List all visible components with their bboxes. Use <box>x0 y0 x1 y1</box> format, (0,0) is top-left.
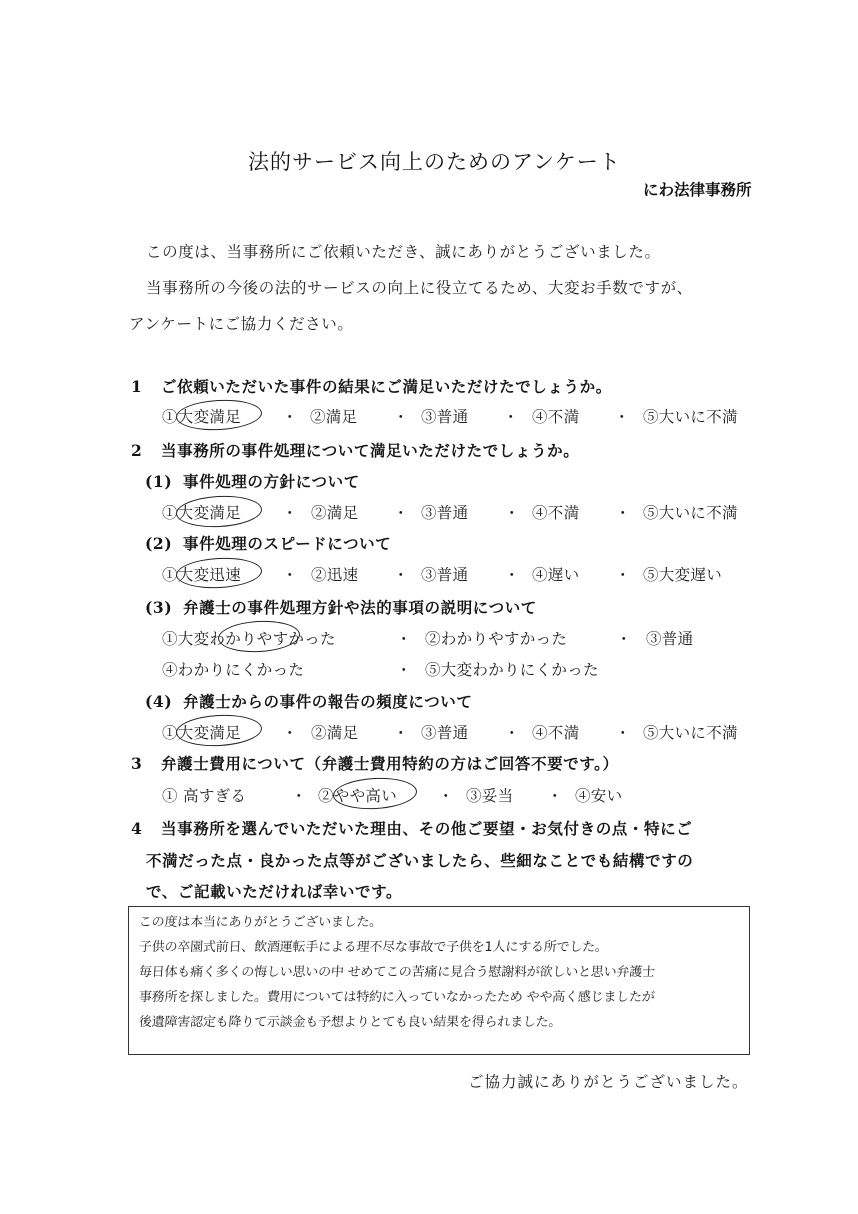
option-2[interactable]: ②満足 <box>311 501 358 523</box>
handwritten-line-5: 後遺障害認定も降りて示談金も予想よりとても良い結果を得られました。 <box>138 1011 562 1030</box>
sub-question-number: (4) <box>145 692 183 711</box>
separator: ・ <box>504 501 520 523</box>
option-4[interactable]: ④不満 <box>532 501 579 523</box>
question-2-1: (1)事件処理の方針について <box>145 470 360 492</box>
question-4-line-2: 不満だった点・良かった点等がございましたら、些細なことでも結構ですの <box>146 849 693 871</box>
separator: ・ <box>396 658 412 680</box>
sub-question-text: 弁護士からの事件の報告の頻度について <box>183 692 473 711</box>
selection-circle <box>175 556 262 590</box>
separator: ・ <box>615 721 631 743</box>
separator: ・ <box>438 784 454 806</box>
handwritten-line-2: 子供の卒園式前日、飲酒運転手による理不尽な事故で子供を1人にする所でした。 <box>138 936 608 955</box>
option-3[interactable]: ③普通 <box>421 501 468 523</box>
question-1: 1ご依頼いただいた事件の結果にご満足いただけたでしょうか。 <box>131 375 612 397</box>
separator: ・ <box>615 501 631 523</box>
separator: ・ <box>393 405 409 427</box>
question-text: 弁護士費用について（弁護士費用特約の方はご回答不要です。） <box>161 754 619 773</box>
option-3[interactable]: ③普通 <box>646 627 693 649</box>
option-3[interactable]: ③普通 <box>421 721 468 743</box>
question-2: 2当事務所の事件処理について満足いただけたでしょうか。 <box>131 439 579 461</box>
sub-question-text: 弁護士の事件処理方針や法的事項の説明について <box>183 598 537 617</box>
intro-line-2: 当事務所の今後の法的サービスの向上に役立てるため、大変お手数ですが、 <box>146 276 693 298</box>
free-comment-box[interactable]: この度は本当にありがとうございました。 子供の卒園式前日、飲酒運転手による理不尽… <box>128 906 750 1055</box>
option-4[interactable]: ④不満 <box>532 405 579 427</box>
selection-circle <box>175 398 262 432</box>
question-text-line-1: 当事務所を選んでいただいた理由、その他ご要望・お気付きの点・特にご <box>161 819 692 838</box>
separator: ・ <box>282 721 298 743</box>
question-2-3: (3)弁護士の事件処理方針や法的事項の説明について <box>145 596 537 618</box>
separator: ・ <box>504 563 520 585</box>
option-4[interactable]: ④不満 <box>532 721 579 743</box>
handwritten-line-4: 事務所を探しました。費用については特約に入っていなかったため やや高く感じました… <box>138 986 655 1005</box>
question-text: ご依頼いただいた事件の結果にご満足いただけたでしょうか。 <box>161 377 612 396</box>
sub-question-number: (3) <box>145 598 183 617</box>
closing-thanks: ご協力誠にありがとうございました。 <box>468 1070 749 1092</box>
separator: ・ <box>282 563 298 585</box>
option-4[interactable]: ④遅い <box>532 563 579 585</box>
option-1[interactable]: ① 高すぎる <box>162 784 246 806</box>
question-number: 3 <box>131 754 161 773</box>
question-number: 4 <box>131 819 161 838</box>
handwritten-line-3: 毎日体も痛く多くの悔しい思いの中 せめてこの苦痛に見合う慰謝料が欲しいと思い弁護… <box>138 961 655 980</box>
separator: ・ <box>616 627 632 649</box>
separator: ・ <box>614 405 630 427</box>
survey-title: 法的サービス向上のためのアンケート <box>248 146 621 176</box>
separator: ・ <box>282 501 298 523</box>
separator: ・ <box>291 784 307 806</box>
option-2[interactable]: ②迅速 <box>311 563 358 585</box>
sub-question-text: 事件処理の方針について <box>183 472 360 491</box>
question-2-2: (2)事件処理のスピードについて <box>145 532 391 554</box>
option-4[interactable]: ④わかりにくかった <box>162 658 304 680</box>
question-3: 3弁護士費用について（弁護士費用特約の方はご回答不要です。） <box>131 752 619 774</box>
option-5[interactable]: ⑤大いに不満 <box>643 405 738 427</box>
separator: ・ <box>503 405 519 427</box>
law-firm-name: にわ法律事務所 <box>643 178 752 200</box>
selection-circle <box>332 776 418 811</box>
option-3[interactable]: ③妥当 <box>466 784 513 806</box>
intro-line-3: アンケートにご協力ください。 <box>129 312 353 334</box>
option-5[interactable]: ⑤大変わかりにくかった <box>425 658 599 680</box>
sub-question-number: (1) <box>145 472 183 491</box>
question-2-4: (4)弁護士からの事件の報告の頻度について <box>145 690 473 712</box>
question-4-line-3: で、ご記載いただければ幸いです。 <box>146 880 402 902</box>
intro-line-1: この度は、当事務所にご依頼いただき、誠にありがとうございました。 <box>146 240 661 262</box>
separator: ・ <box>282 405 298 427</box>
option-2[interactable]: ②満足 <box>310 405 357 427</box>
handwritten-line-1: この度は本当にありがとうございました。 <box>138 911 383 930</box>
question-4: 4当事務所を選んでいただいた理由、その他ご要望・お気付きの点・特にご <box>131 817 692 839</box>
option-4[interactable]: ④安い <box>575 784 622 806</box>
option-3[interactable]: ③普通 <box>421 563 468 585</box>
option-2[interactable]: ②満足 <box>311 721 358 743</box>
question-text: 当事務所の事件処理について満足いただけたでしょうか。 <box>161 441 579 460</box>
selection-circle <box>175 494 263 529</box>
sub-question-text: 事件処理のスピードについて <box>183 534 391 553</box>
separator: ・ <box>615 563 631 585</box>
selection-circle <box>175 713 263 748</box>
separator: ・ <box>547 784 563 806</box>
option-5[interactable]: ⑤大いに不満 <box>643 501 738 523</box>
option-2[interactable]: ②わかりやすかった <box>425 627 567 649</box>
separator: ・ <box>393 501 409 523</box>
question-number: 1 <box>131 377 161 396</box>
separator: ・ <box>393 721 409 743</box>
separator: ・ <box>393 563 409 585</box>
option-3[interactable]: ③普通 <box>421 405 468 427</box>
option-5[interactable]: ⑤大変遅い <box>643 563 722 585</box>
separator: ・ <box>504 721 520 743</box>
separator: ・ <box>396 627 412 649</box>
sub-question-number: (2) <box>145 534 183 553</box>
option-5[interactable]: ⑤大いに不満 <box>643 721 738 743</box>
question-number: 2 <box>131 441 161 460</box>
